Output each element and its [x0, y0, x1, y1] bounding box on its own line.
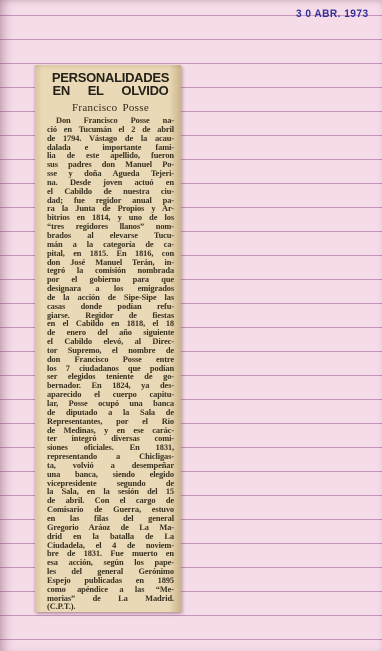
- article-body-line: “tres regidores llanos” nom-: [47, 223, 174, 232]
- article-body-line: dad; fue regidor anual pa-: [47, 197, 174, 206]
- article-body-line: bre de 1831. Fue muerto en: [47, 550, 174, 559]
- article-body-line: ter integró diversas comi-: [47, 435, 174, 444]
- article-body-line: Ciudadela, el 4 de noviem-: [47, 542, 174, 551]
- article-body-line: como apéndice a las “Me-: [47, 586, 174, 595]
- article-headline: PERSONALIDADES EN EL OLVIDO: [52, 71, 170, 98]
- article-body-line: giarse. Regidor de fiestas: [47, 312, 174, 321]
- article-body-line: Representantes, por el Río: [47, 418, 174, 427]
- article-body-line: designara a los emigrados: [47, 285, 174, 294]
- notebook-page: 3 0 ABR. 1973 PERSONALIDADES EN EL OLVID…: [0, 0, 382, 651]
- article-body-line: representando a Chicligas-: [47, 453, 174, 462]
- article-body-line: brados al elevarse Tucu-: [47, 232, 174, 241]
- headline-word-olvido: OLVIDO: [121, 84, 168, 98]
- article-body-line: pital, en 1815. En 1816, con: [47, 250, 174, 259]
- article-subtitle: Francisco Posse: [47, 102, 174, 114]
- article-body-line: aparecido el cuerpo capitu-: [47, 391, 174, 400]
- headline-word-el: EL: [88, 84, 104, 98]
- article-body-line: en las filas del general: [47, 515, 174, 524]
- article-body-line: Don Francisco Posse na-: [47, 117, 174, 126]
- article-body-line: Gregorio Aráoz de La Ma-: [47, 524, 174, 533]
- article-body-line: ta, volvió a desempeñar: [47, 462, 174, 471]
- article-body-line: el Cabildo elevó, al Direc-: [47, 338, 174, 347]
- article-body-line: de Medinas, y en ese carác-: [47, 427, 174, 436]
- article-body-line: siones oficiales. En 1831,: [47, 444, 174, 453]
- article-body-line: Comisario de Guerra, estuvo: [47, 506, 174, 515]
- article-body-line: lar, Posse ocupó una banca: [47, 400, 174, 409]
- article-body-line: de 1794. Vástago de la acau-: [47, 135, 174, 144]
- article-body-line: la Sala, en la sesión del 15: [47, 488, 174, 497]
- article-body-line: vicepresidente segundo de: [47, 480, 174, 489]
- article-body-line: les del general Gerónimo: [47, 568, 174, 577]
- article-body-line: don Francisco Posse entre: [47, 356, 174, 365]
- article-body-line: mán a la categoría de ca-: [47, 241, 174, 250]
- article-body-line: tegró la comisión nombrada: [47, 267, 174, 276]
- article-body-line: na. Desde joven actuó en: [47, 179, 174, 188]
- article-body-line: don José Manuel Terán, in-: [47, 259, 174, 268]
- article-body-line: ra la Junta de Propios y Ar-: [47, 205, 174, 214]
- date-stamp: 3 0 ABR. 1973: [296, 9, 369, 20]
- article-body-line: de la acción de Sipe-Sipe las: [47, 294, 174, 303]
- article-body-line: ser elegidos teniente de go-: [47, 373, 174, 382]
- article-body: Don Francisco Posse na-ció en Tucumán el…: [47, 117, 174, 612]
- article-body-line: ció en Tucumán el 2 de abril: [47, 126, 174, 135]
- article-body-line: esa acción, según los pape-: [47, 559, 174, 568]
- article-body-line: por el gobierno para que: [47, 276, 174, 285]
- article-body-line: sus padres don Manuel Po-: [47, 161, 174, 170]
- article-body-line: sse y doña Agueda Tejeri-: [47, 170, 174, 179]
- article-body-line: de diputado a la Sala de: [47, 409, 174, 418]
- article-body-line: de enero del año siguiente: [47, 329, 174, 338]
- article-body-line: lia de este apellido, fueron: [47, 152, 174, 161]
- article-body-line: en el Cabildo en 1818, el 18: [47, 320, 174, 329]
- article-body-line: bitrios en 1814, y uno de los: [47, 214, 174, 223]
- article-body-line: bernador. En 1824, ya des-: [47, 382, 174, 391]
- article-body-line: tor Supremo, el nombre de: [47, 347, 174, 356]
- article-body-line: morias” de La Madrid.: [47, 595, 174, 604]
- article-body-line: el Cabildo de nuestra ciu-: [47, 188, 174, 197]
- article-body-line: de abril. Con el cargo de: [47, 497, 174, 506]
- newspaper-clipping: PERSONALIDADES EN EL OLVIDO Francisco Po…: [35, 65, 181, 612]
- article-body-line: los 7 ciudadanos que podían: [47, 365, 174, 374]
- article-body-line: una banca, siendo elegido: [47, 471, 174, 480]
- article-body-line: (C.P.T.).: [47, 603, 174, 612]
- article-body-line: drid en la batalla de La: [47, 533, 174, 542]
- article-body-line: Espejo publicadas en 1895: [47, 577, 174, 586]
- article-body-line: casas donde podían refu-: [47, 303, 174, 312]
- article-body-line: dalada e importante fami-: [47, 144, 174, 153]
- headline-line-2: EN EL OLVIDO: [52, 84, 170, 98]
- headline-word-en: EN: [53, 84, 70, 98]
